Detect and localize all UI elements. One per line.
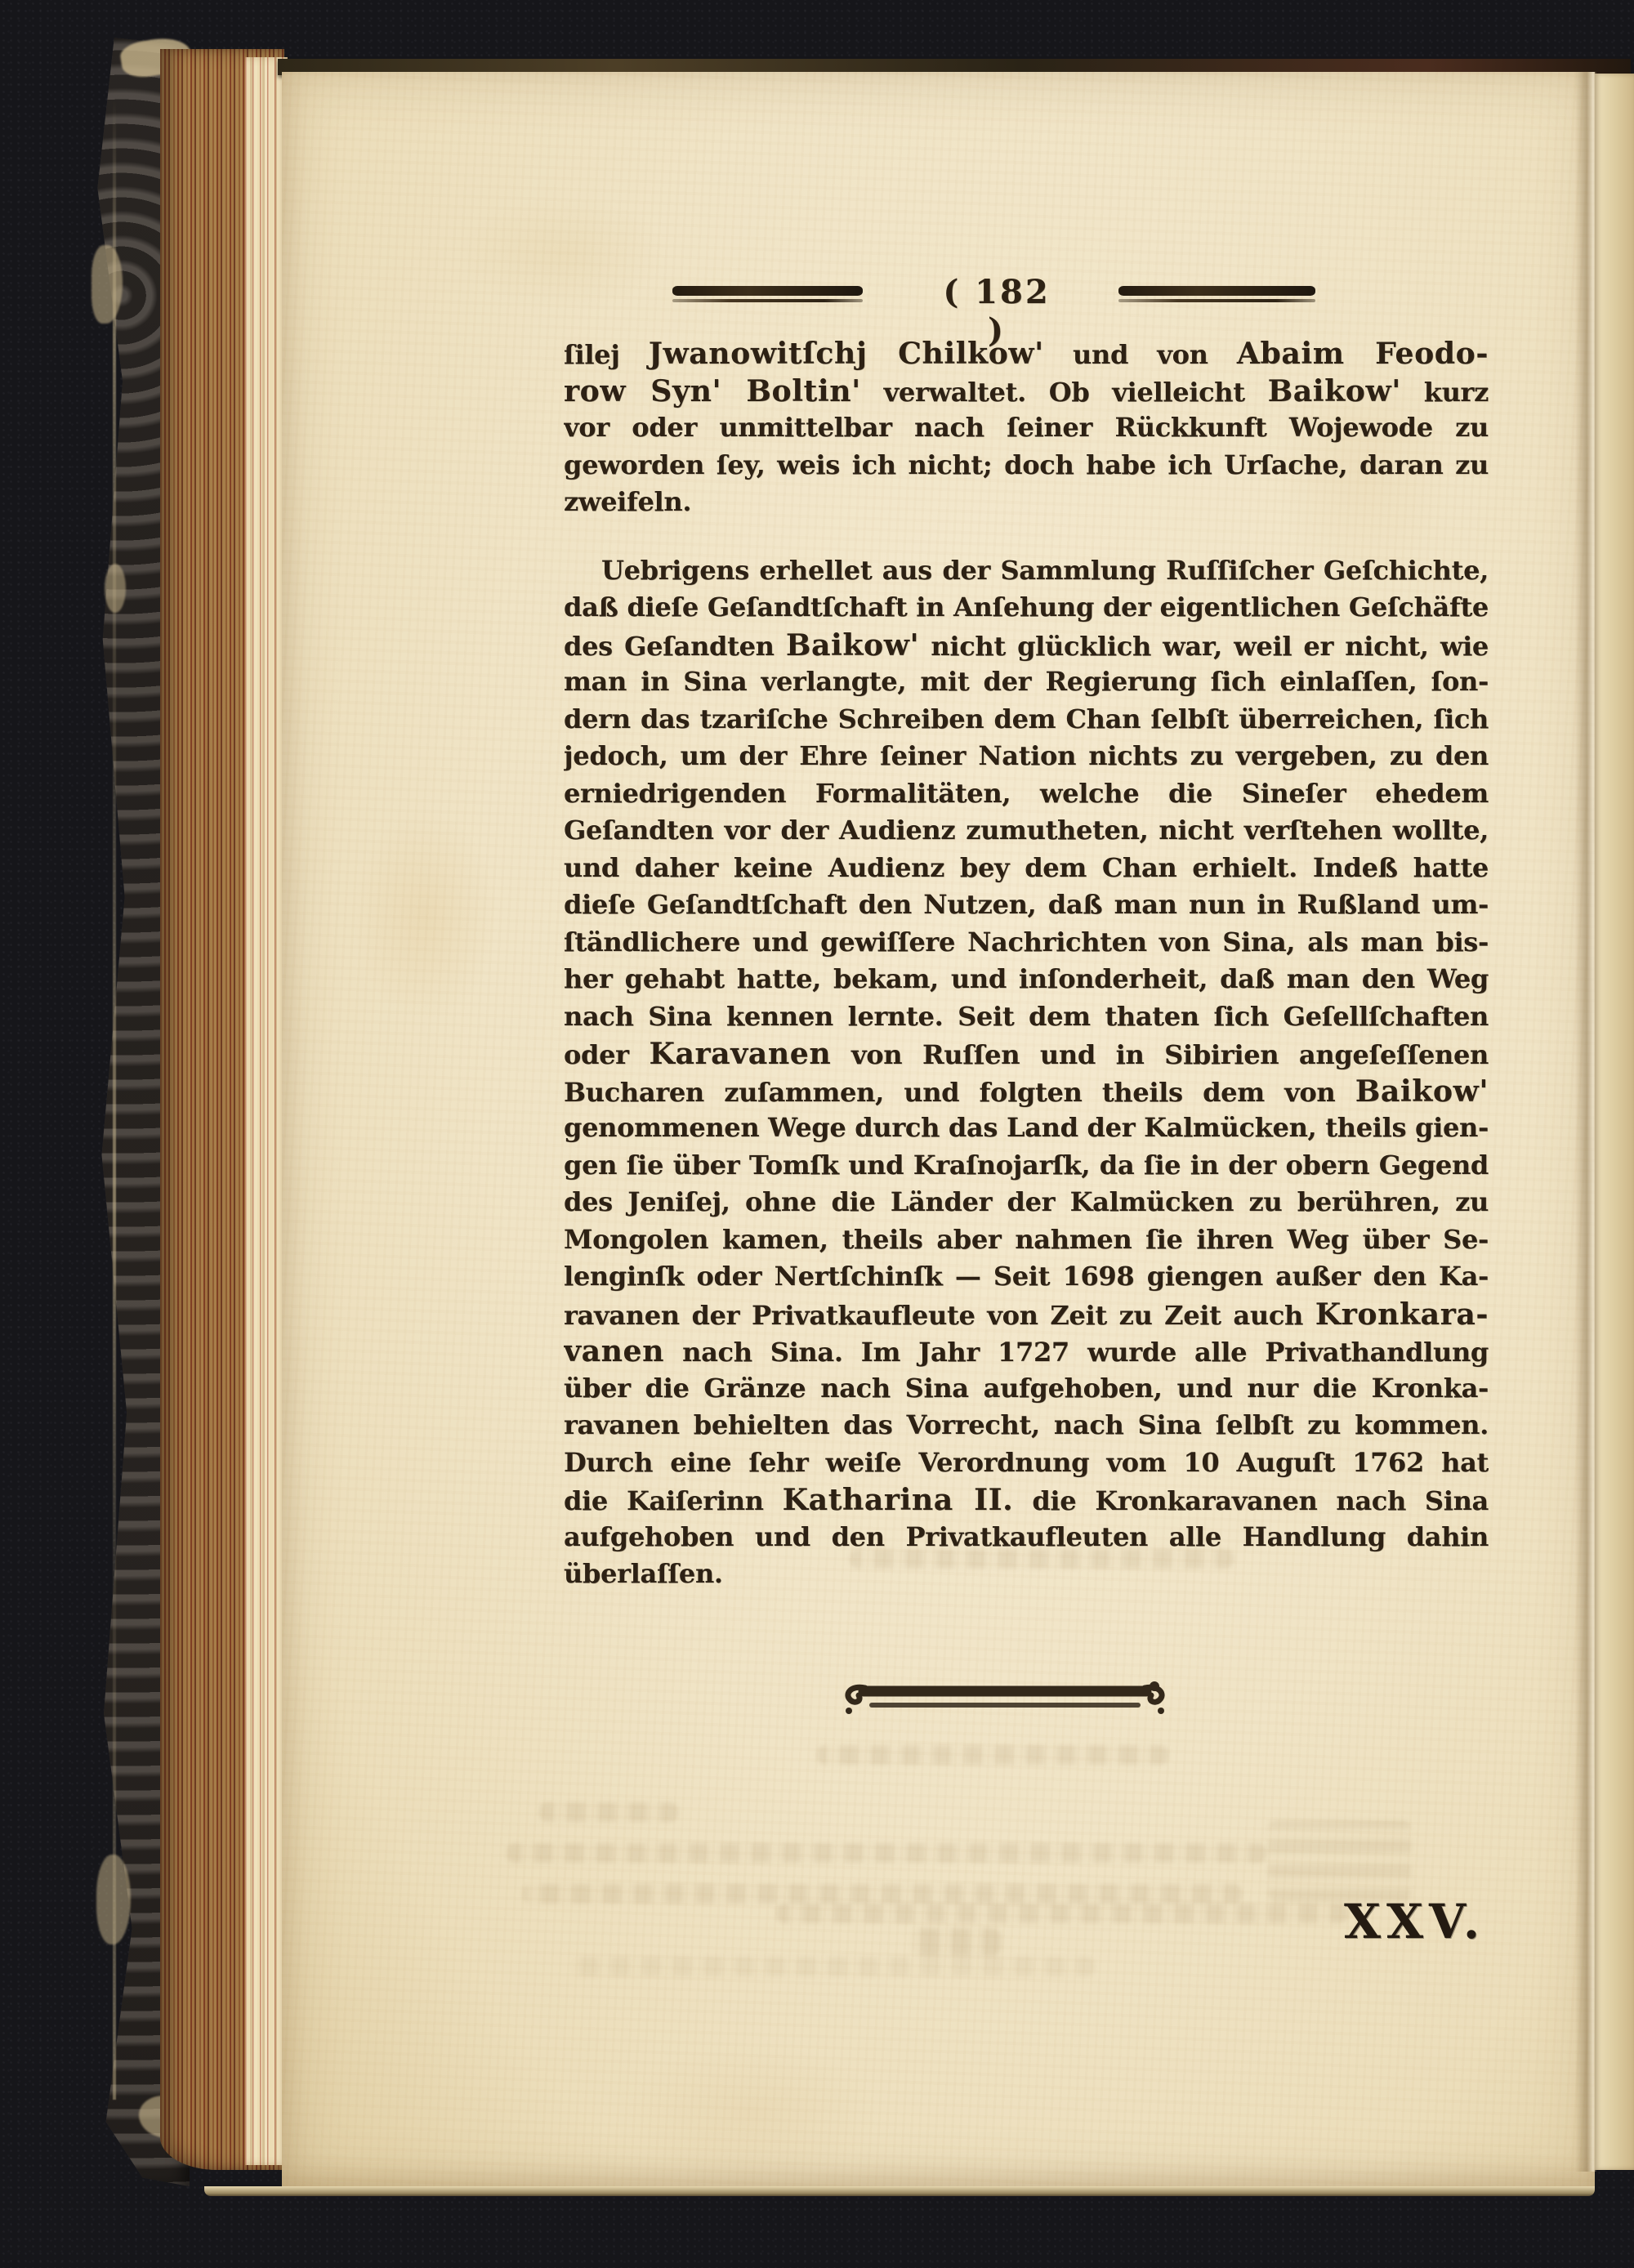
text-segment: daß dieſe Geſandtſchaft in Anſehung der … bbox=[564, 592, 1489, 623]
emphasized-name: Katharina II. bbox=[783, 1482, 1014, 1517]
header-rule-right bbox=[1118, 286, 1315, 302]
text-line: ravanen der Privatkaufleute von Zeit zu … bbox=[564, 1296, 1489, 1333]
text-segment: her gehabt hatte, bekam, und inſonderhei… bbox=[564, 963, 1489, 994]
emphasized-name: Kronkara- bbox=[1315, 1297, 1489, 1332]
emphasized-name: Baikow' bbox=[786, 627, 919, 663]
text-segment: überlaſſen. bbox=[564, 1558, 723, 1589]
text-segment: dieſe Geſandtſchaft den Nutzen, daß man … bbox=[564, 889, 1489, 920]
text-segment: Uebrigens erhellet aus der Sammlung Ruſſ… bbox=[601, 555, 1489, 586]
page-bottom-edge bbox=[204, 2186, 1595, 2196]
text-line: oder Karavanen von Ruſſen und in Sibirie… bbox=[564, 1035, 1489, 1073]
text-segment: zweifeln. bbox=[564, 486, 691, 517]
verso-showthrough bbox=[911, 1928, 1001, 1956]
text-segment: von Ruſſen und in Sibirien angeſeſſenen bbox=[831, 1039, 1489, 1070]
text-line: genommenen Wege durch das Land der Kalmü… bbox=[564, 1109, 1489, 1147]
text-segment: jedoch, um der Ehre ſeiner Nation nichts… bbox=[564, 740, 1489, 771]
under-page-edge bbox=[1595, 74, 1634, 2170]
paragraph: Uebrigens erhellet aus der Sammlung Ruſſ… bbox=[564, 552, 1489, 1593]
text-segment: genommenen Wege durch das Land der Kalmü… bbox=[564, 1112, 1489, 1143]
text-line: daß dieſe Geſandtſchaft in Anſehung der … bbox=[564, 589, 1489, 627]
cover-wear-patch bbox=[105, 564, 126, 613]
body-text: ſilej Jwanowitſchj Chilkow' und von Abai… bbox=[564, 335, 1489, 1593]
rule-bar bbox=[672, 299, 863, 302]
verso-showthrough bbox=[1268, 1820, 1411, 1902]
text-segment: nicht glücklich war, weil er nicht, wie bbox=[919, 631, 1489, 662]
text-segment: Durch eine ſehr weiſe Verordnung vom 10 … bbox=[564, 1447, 1489, 1478]
verso-showthrough bbox=[572, 1957, 1095, 1976]
text-line: row Syn' Boltin' verwaltet. Ob vielleich… bbox=[564, 373, 1489, 410]
rule-bar bbox=[1118, 286, 1315, 296]
text-line: gen ſie über Tomſk und Kraſnojarſk, da ſ… bbox=[564, 1147, 1489, 1185]
text-segment: des Geſandten bbox=[564, 631, 786, 662]
text-line: ſilej Jwanowitſchj Chilkow' und von Abai… bbox=[564, 335, 1489, 373]
rule-bar bbox=[1118, 299, 1315, 302]
paragraph: ſilej Jwanowitſchj Chilkow' und von Abai… bbox=[564, 335, 1489, 521]
text-segment: nach Sina kennen lernte. Seit dem thaten… bbox=[564, 1001, 1489, 1032]
text-segment: kurz bbox=[1401, 377, 1489, 408]
text-line: erniedrigenden Formalitäten, welche die … bbox=[564, 775, 1489, 813]
text-segment: nach Sina. Im Jahr 1727 wurde alle Priva… bbox=[664, 1337, 1489, 1368]
text-line: Geſandten vor der Audienz zumutheten, ni… bbox=[564, 812, 1489, 850]
book-scan: ( 182 ) ſilej Jwanowitſchj Chilkow' und … bbox=[0, 0, 1634, 2268]
emphasized-name: Jwanowitſchj Chilkow' bbox=[649, 336, 1044, 371]
rule-bar bbox=[672, 286, 863, 296]
text-line: nach Sina kennen lernte. Seit dem thaten… bbox=[564, 998, 1489, 1036]
emphasized-name: Baikow' bbox=[1268, 373, 1401, 409]
printers-rule-ornament-icon bbox=[839, 1678, 1171, 1721]
text-segment: lenginſk oder Nertſchinſk — Seit 1698 gi… bbox=[564, 1261, 1489, 1292]
text-segment: und von bbox=[1044, 339, 1237, 370]
text-line: vor oder unmittelbar nach ſeiner Rückkun… bbox=[564, 409, 1489, 447]
emphasized-name: vanen bbox=[564, 1333, 664, 1368]
text-segment: die Kaiſerinn bbox=[564, 1485, 783, 1516]
text-segment: ravanen behielten das Vorrecht, nach Sin… bbox=[564, 1409, 1489, 1440]
text-segment: oder bbox=[564, 1039, 649, 1070]
text-segment: und daher keine Audienz bey dem Chan erh… bbox=[564, 852, 1489, 883]
text-segment: dern das tzariſche Schreiben dem Chan ſe… bbox=[564, 703, 1489, 734]
emphasized-name: Abaim Feodo- bbox=[1237, 336, 1489, 371]
text-line: man in Sina verlangte, mit der Regierung… bbox=[564, 663, 1489, 701]
text-line: Bucharen zuſammen, und folgten theils de… bbox=[564, 1073, 1489, 1110]
verso-showthrough bbox=[507, 1843, 1266, 1863]
text-segment: ſilej bbox=[564, 339, 649, 370]
text-line: ſtändlichere und gewiſſere Nachrichten v… bbox=[564, 924, 1489, 962]
paper-stain bbox=[351, 809, 498, 1021]
text-segment: aufgehoben und den Privatkaufleuten alle… bbox=[564, 1521, 1489, 1556]
emphasized-name: Karavanen bbox=[649, 1036, 831, 1071]
text-segment: die Kronkaravanen nach Sina bbox=[1013, 1485, 1489, 1516]
verso-showthrough bbox=[776, 1904, 1348, 1923]
text-line: Uebrigens erhellet aus der Sammlung Ruſſ… bbox=[564, 552, 1489, 590]
text-line: lenginſk oder Nertſchinſk — Seit 1698 gi… bbox=[564, 1258, 1489, 1296]
text-segment: des Jeniſej, ohne die Länder der Kalmück… bbox=[564, 1186, 1489, 1221]
text-line: ravanen behielten das Vorrecht, nach Sin… bbox=[564, 1407, 1489, 1444]
signature-mark: XXV. bbox=[1344, 1894, 1485, 1949]
text-line: und daher keine Audienz bey dem Chan erh… bbox=[564, 850, 1489, 887]
text-segment: man in Sina verlangte, mit der Regierung… bbox=[564, 666, 1489, 697]
text-segment: geworden ſey, weis ich nicht; doch habe … bbox=[564, 449, 1489, 480]
text-segment: Mongolen kamen, theils aber nahmen ſie i… bbox=[564, 1224, 1489, 1255]
text-line: überlaſſen. bbox=[564, 1556, 1489, 1593]
emphasized-name: Baikow' bbox=[1355, 1074, 1489, 1109]
text-segment: erniedrigenden Formalitäten, welche die … bbox=[564, 778, 1489, 813]
text-line: aufgehoben und den Privatkaufleuten alle… bbox=[564, 1519, 1489, 1556]
text-line: geworden ſey, weis ich nicht; doch habe … bbox=[564, 447, 1489, 484]
page-right-fold bbox=[1575, 72, 1596, 2172]
header-rule-left bbox=[672, 286, 863, 302]
text-line: des Jeniſej, ohne die Länder der Kalmück… bbox=[564, 1184, 1489, 1221]
text-line: des Geſandten Baikow' nicht glücklich wa… bbox=[564, 627, 1489, 664]
text-segment: Geſandten vor der Audienz zumutheten, ni… bbox=[564, 815, 1489, 846]
verso-showthrough bbox=[817, 1745, 1168, 1765]
text-segment: über die Gränze nach Sina aufgehoben, un… bbox=[564, 1373, 1489, 1404]
text-segment: vor oder unmittelbar nach ſeiner Rückkun… bbox=[564, 412, 1489, 447]
verso-showthrough bbox=[523, 1884, 1242, 1904]
text-segment: gen ſie über Tomſk und Kraſnojarſk, da ſ… bbox=[564, 1150, 1489, 1181]
text-segment: verwaltet. Ob vielleicht bbox=[861, 377, 1268, 408]
paper-stain bbox=[621, 2043, 882, 2181]
text-line: dern das tzariſche Schreiben dem Chan ſe… bbox=[564, 701, 1489, 739]
text-segment: Bucharen zuſammen, und folgten theils de… bbox=[564, 1077, 1355, 1108]
text-line: dieſe Geſandtſchaft den Nutzen, daß man … bbox=[564, 886, 1489, 924]
text-line: Durch eine ſehr weiſe Verordnung vom 10 … bbox=[564, 1444, 1489, 1482]
page-header: ( 182 ) bbox=[564, 273, 1489, 325]
text-line: die Kaiſerinn Katharina II. die Kronkara… bbox=[564, 1481, 1489, 1519]
text-line: jedoch, um der Ehre ſeiner Nation nichts… bbox=[564, 738, 1489, 775]
emphasized-name: row Syn' Boltin' bbox=[564, 373, 861, 409]
text-line: zweifeln. bbox=[564, 484, 1489, 521]
text-line: Mongolen kamen, theils aber nahmen ſie i… bbox=[564, 1221, 1489, 1259]
text-line: her gehabt hatte, bekam, und inſonderhei… bbox=[564, 961, 1489, 998]
text-segment: ſtändlichere und gewiſſere Nachrichten v… bbox=[564, 926, 1489, 958]
cover-crack-line bbox=[113, 98, 116, 2100]
text-line: vanen nach Sina. Im Jahr 1727 wurde alle… bbox=[564, 1333, 1489, 1370]
text-segment: ravanen der Privatkaufleute von Zeit zu … bbox=[564, 1300, 1315, 1331]
cover-wear-patch bbox=[96, 1855, 131, 1944]
text-line: über die Gränze nach Sina aufgehoben, un… bbox=[564, 1370, 1489, 1408]
verso-showthrough bbox=[539, 1802, 678, 1822]
